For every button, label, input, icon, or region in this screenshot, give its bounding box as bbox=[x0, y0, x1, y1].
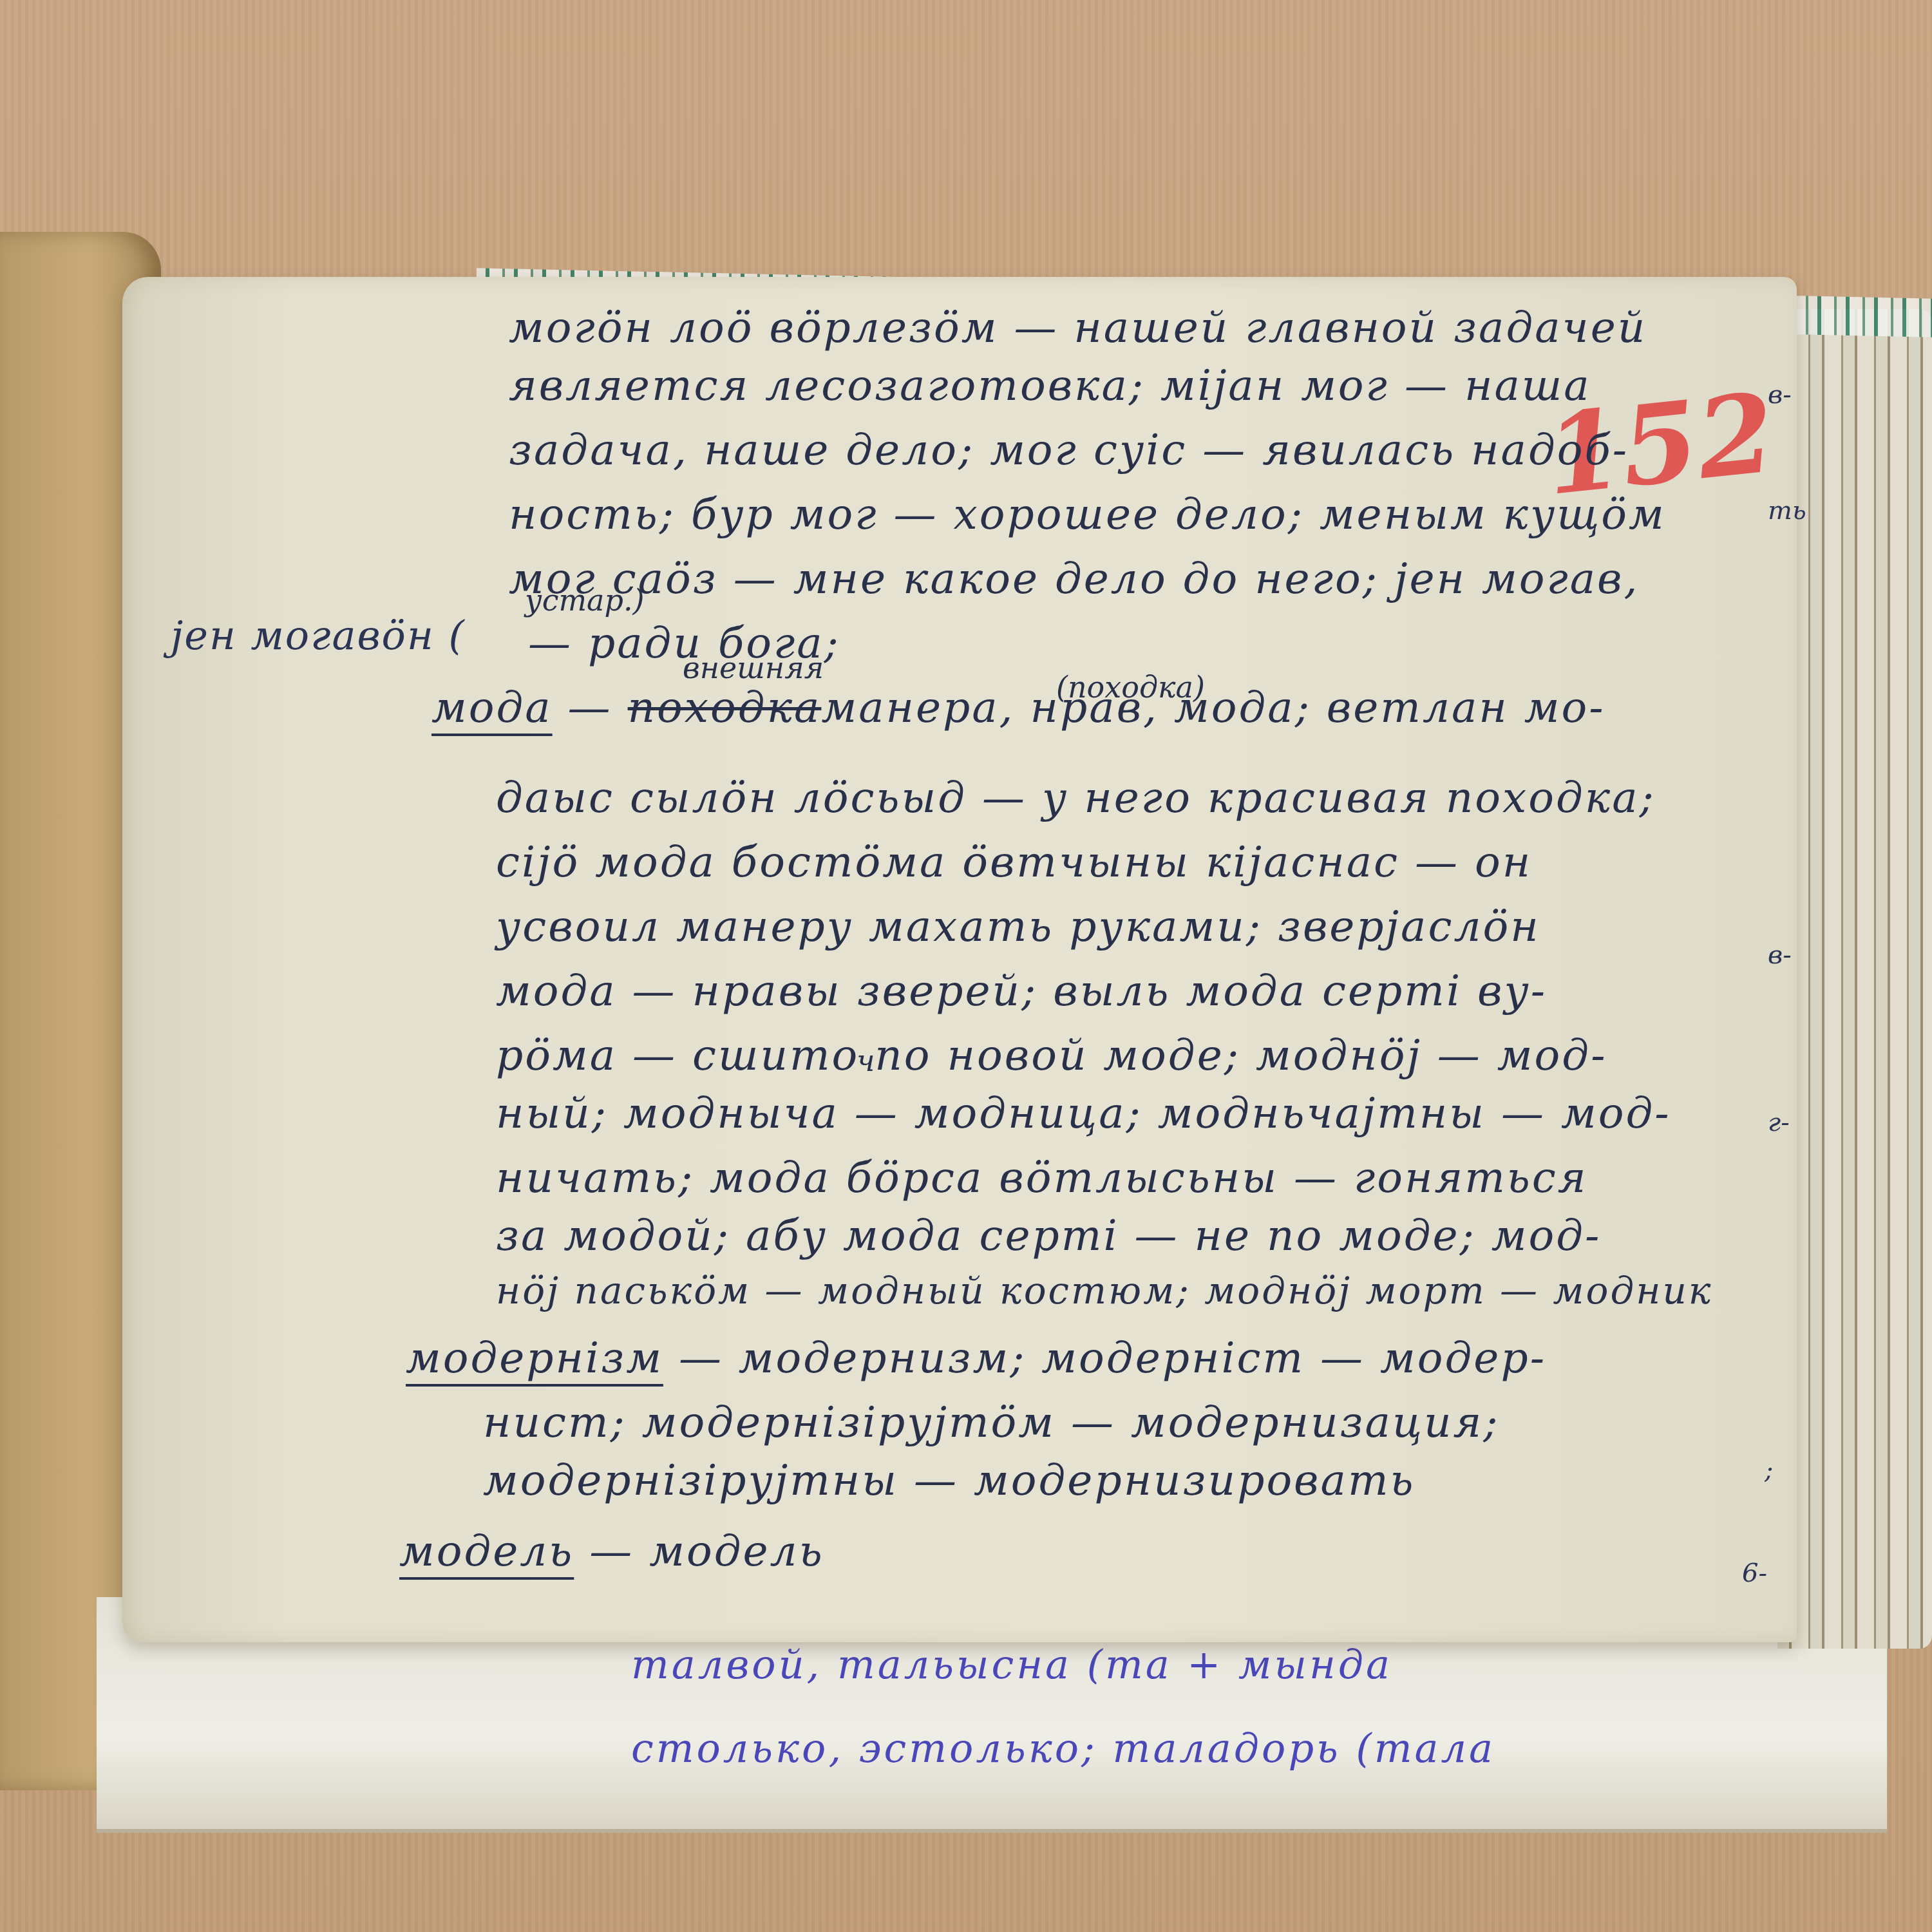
superscript-note: устар.) bbox=[525, 583, 645, 618]
definition: — модернизм; модерніст — модер- bbox=[663, 1333, 1546, 1383]
definition: манера, нрав, мода; ветлан мо- bbox=[821, 683, 1605, 732]
text-line: нист; модернізірујтöм — модернизация; bbox=[483, 1397, 1499, 1447]
dash: — bbox=[553, 683, 628, 732]
headword: модернізм bbox=[406, 1333, 663, 1383]
text-line: ный; модныча — модница; модньчаjтны — мо… bbox=[496, 1088, 1671, 1138]
text-line: за модой; абу мода серті — не по моде; м… bbox=[496, 1211, 1601, 1260]
edge-fragment: в- bbox=[1768, 380, 1792, 410]
edge-fragment: в- bbox=[1768, 940, 1792, 970]
edge-fragment: 6- bbox=[1742, 1558, 1767, 1588]
headword: модель bbox=[399, 1526, 574, 1576]
text-line: нöј паськöм — модный костюм; моднöј морт… bbox=[496, 1269, 1713, 1312]
bracket-note: (походка) bbox=[1056, 670, 1205, 705]
text-line: мода — нравы зверей; выль мода серті ву- bbox=[496, 966, 1547, 1016]
entry-modernizm: модернізм — модернизм; модерніст — модер… bbox=[406, 1333, 1546, 1383]
text-line: модернізірујтны — модернизировать bbox=[483, 1455, 1415, 1505]
text-line: является лесозаготовка; міјан мог — наша bbox=[509, 361, 1591, 410]
inserted-letter: ч bbox=[857, 1043, 875, 1078]
inserted-word: внешняя bbox=[683, 650, 824, 685]
entry-model: модель — модель bbox=[399, 1526, 824, 1576]
underlying-line: столько, эстолько; таладорь (тала bbox=[631, 1707, 1855, 1790]
struck-word: походка bbox=[628, 683, 822, 732]
margin-note: јен могавöн ( bbox=[171, 612, 466, 659]
text-line: мог саöз — мне какое дело до него; јен м… bbox=[509, 554, 1640, 603]
text-line: сіјö мода бостöма öвтчыны кіјаснас — он bbox=[496, 837, 1532, 887]
text-line: ничать; мода бöрса вöтлысьны — гоняться bbox=[496, 1153, 1587, 1202]
text-line: усвоил манеру махать руками; зверјаслöн bbox=[496, 902, 1540, 951]
text-line: даыс сылöн лöсьыд — у него красивая похо… bbox=[496, 773, 1656, 822]
entry-moda: мода — походкаманера, нрав, мода; ветлан… bbox=[431, 683, 1605, 732]
headword: мода bbox=[431, 683, 553, 732]
text-line: рöма — сшито по новой моде; моднöј — мод… bbox=[496, 1030, 1607, 1080]
definition: — модель bbox=[574, 1526, 824, 1576]
text-line: ность; бур мог — хорошее дело; меным кущ… bbox=[509, 489, 1666, 539]
underlying-page-text: талвой, тальысна (та + мында столько, эс… bbox=[631, 1623, 1855, 1790]
edge-fragment: г- bbox=[1768, 1108, 1790, 1137]
text-line: задача, наше дело; мог суіс — явилась на… bbox=[509, 425, 1629, 475]
text-line: могöн лоö вöрлезöм — нашей главной задач… bbox=[509, 303, 1647, 352]
edge-fragment: ; bbox=[1765, 1455, 1773, 1485]
edge-fragment: ть bbox=[1768, 496, 1806, 526]
